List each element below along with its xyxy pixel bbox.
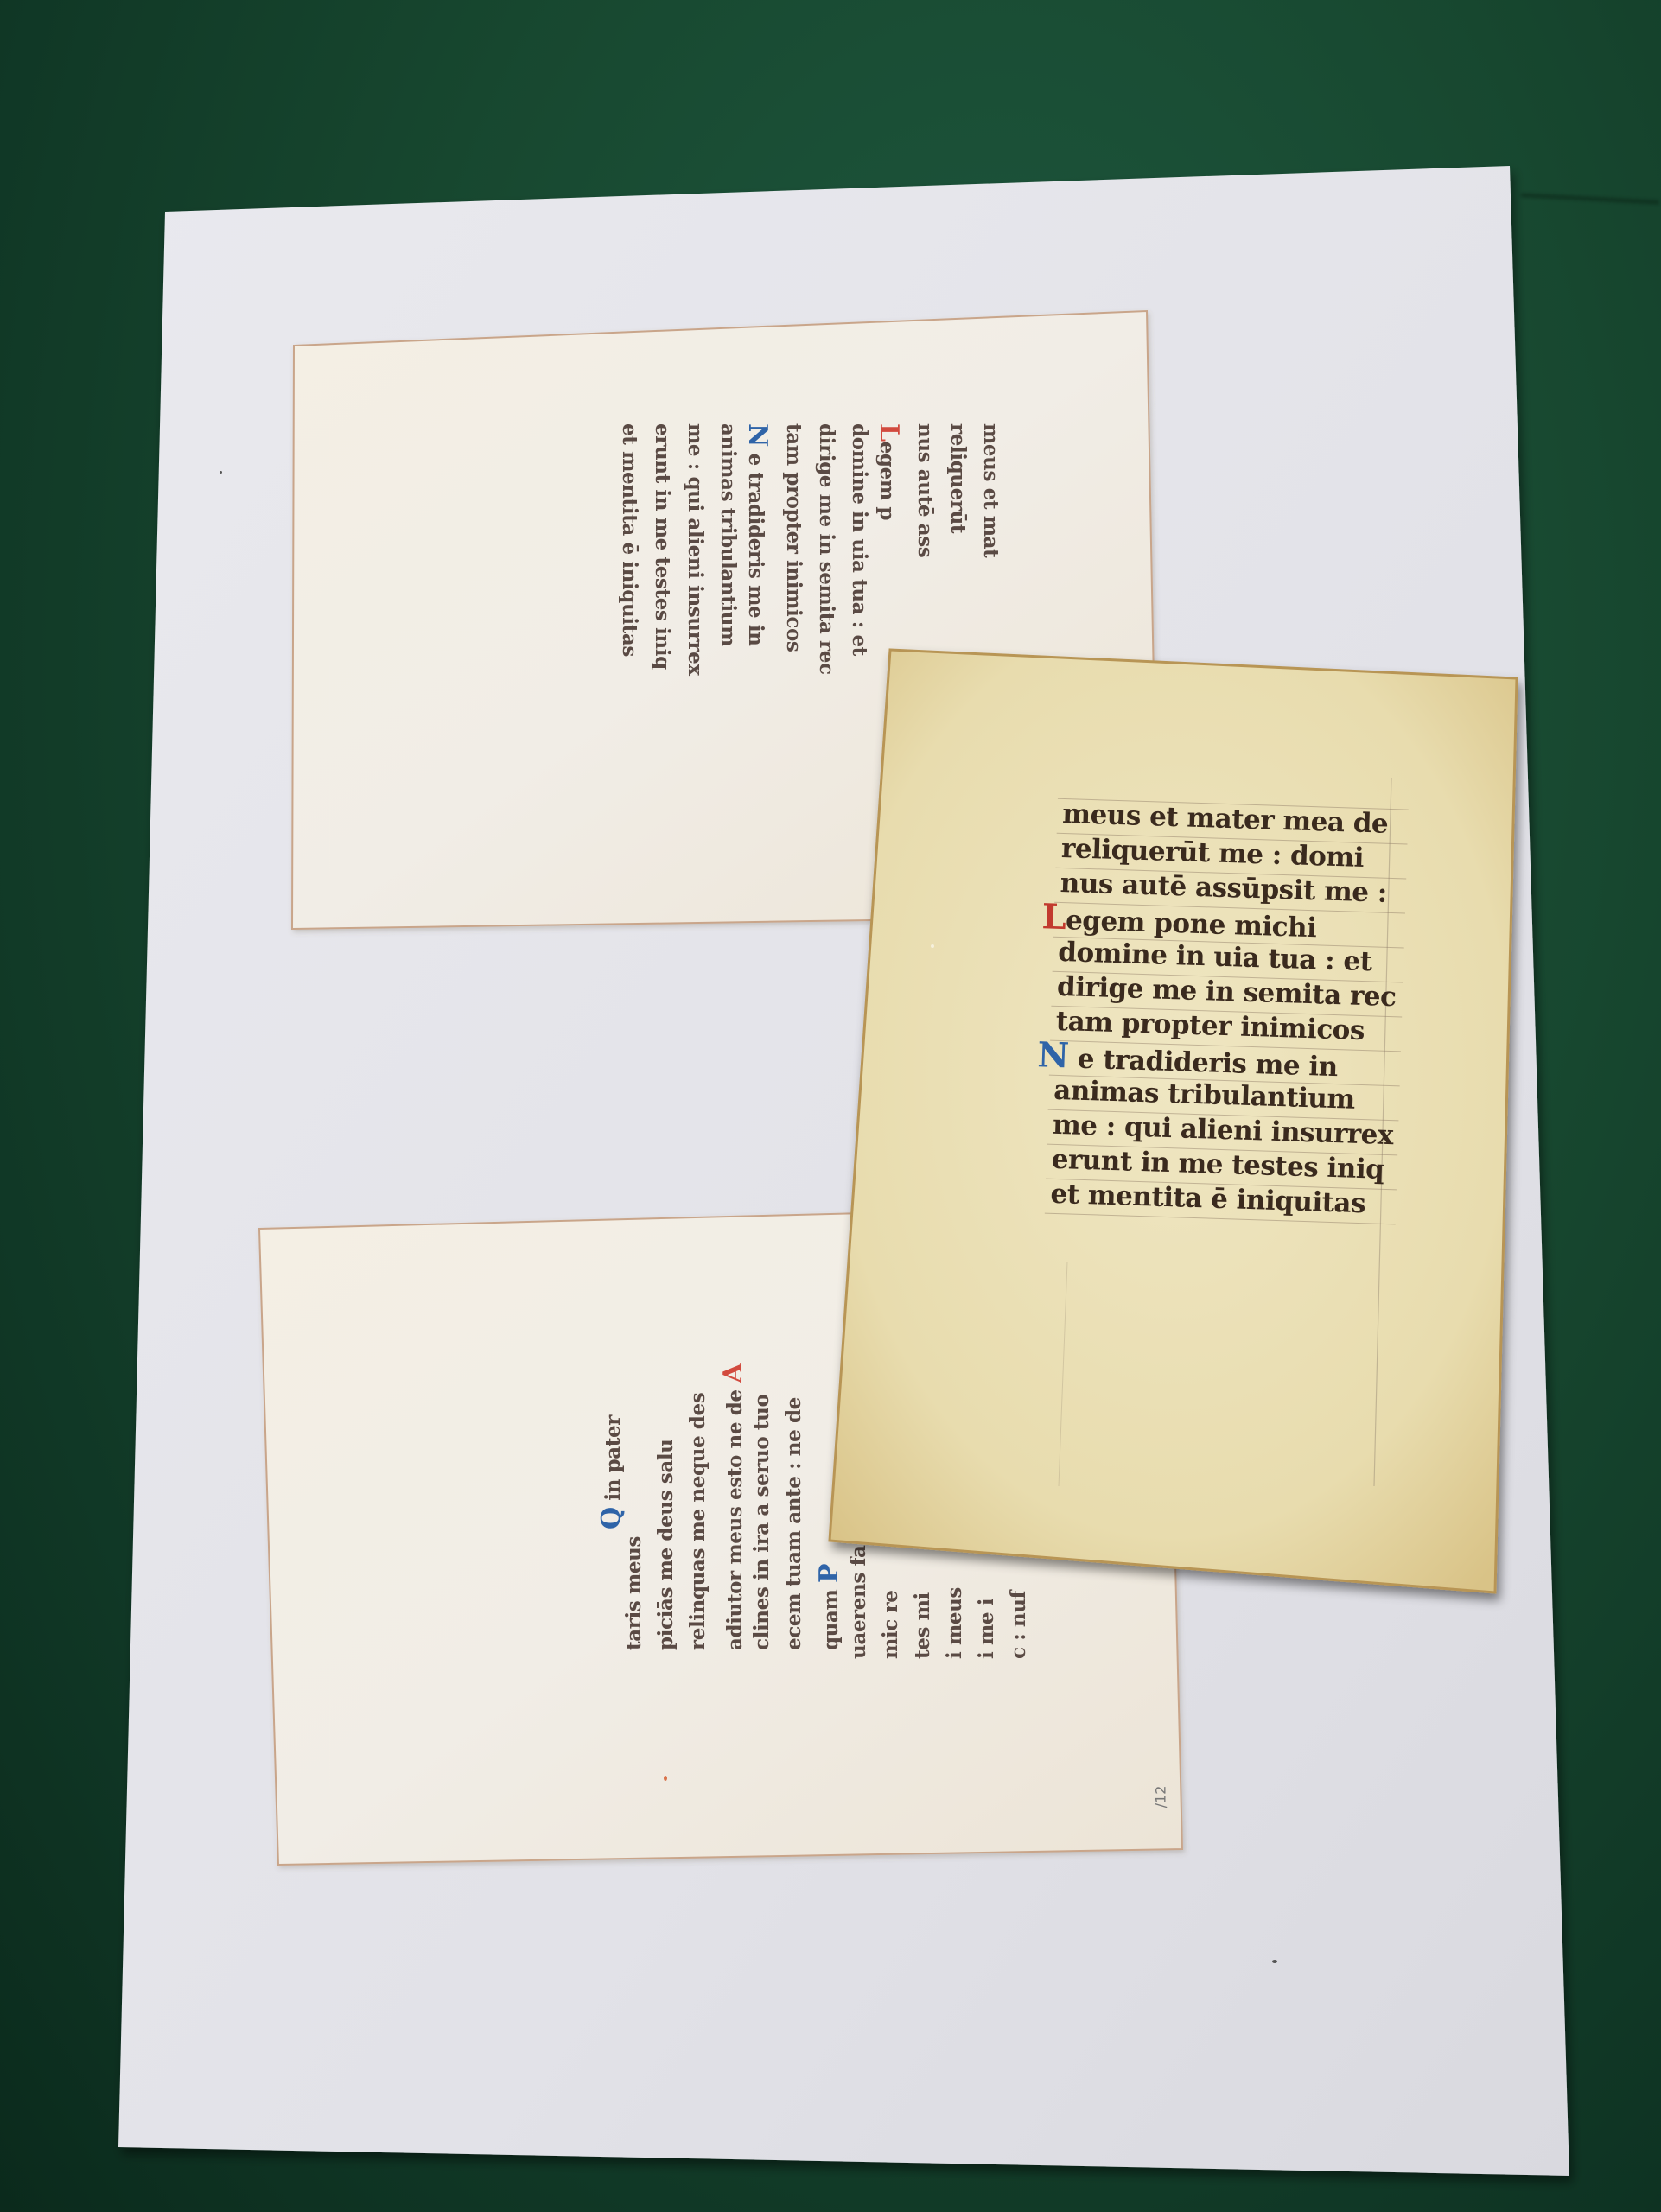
dust-speck	[664, 1776, 667, 1781]
dust-speck	[220, 471, 222, 474]
lower-copy-line: taris meus	[925, 1433, 948, 1547]
lower-copy-line: Q in pater	[596, 1415, 627, 1529]
red-initial: A	[718, 1363, 748, 1383]
upper-copy-line: erunt in me testes iniq	[651, 423, 674, 670]
red-initial: L	[874, 423, 904, 442]
upper-copy-line: domine in uia tua : et	[848, 423, 871, 656]
upper-copy-line: dirige me in semita rec	[815, 423, 838, 675]
upper-copy-line: reliquerūt	[946, 423, 970, 533]
lower-copy-line: clines in ira a seruo tuo	[750, 1395, 773, 1650]
lower-copy-partial-line: tes mi	[911, 1592, 934, 1659]
lower-copy-line: quam P	[814, 1564, 844, 1650]
lower-copy-line: adiutor meus esto ne de A	[718, 1363, 748, 1650]
upper-copy: meus et mat reliquerūt nus autē ass Lege…	[605, 423, 1002, 821]
white-mount-board	[0, 0, 1661, 2212]
upper-copy-line: N e tradideris me in	[742, 423, 773, 646]
upper-copy-line: nus autē ass	[913, 423, 937, 557]
lower-copy-partial-line: uaerens fa	[847, 1546, 870, 1660]
upper-copy-line: Legem p	[874, 423, 904, 520]
lower-copy-partial-line: i me i	[975, 1599, 998, 1659]
lower-copy: taris meus Q in pater taris meus piciās …	[596, 1322, 968, 1668]
lower-copy-partial-line: i meus	[943, 1587, 966, 1659]
upper-copy-line: me : qui alieni insurrex	[684, 423, 707, 676]
pencil-folio-note: /12	[1152, 1786, 1168, 1808]
dust-speck	[1272, 1960, 1277, 1963]
lower-copy-partial-line: c : nuf	[1007, 1591, 1030, 1659]
blue-initial: Q	[596, 1507, 627, 1529]
blue-initial: N	[742, 423, 773, 447]
lower-copy-line: relinquas me neque des	[686, 1393, 710, 1650]
blue-initial: P	[814, 1564, 844, 1583]
lower-copy-line: piciās me deus salu	[654, 1439, 678, 1650]
lower-copy-line: taris meus	[622, 1536, 646, 1650]
parchment-text-block: meus et mater mea de reliquerūt me : dom…	[1049, 797, 1391, 1239]
upper-copy-line: meus et mat	[979, 423, 1002, 557]
lower-copy-line: ecem tuam ante : ne de	[782, 1397, 805, 1650]
upper-copy-line: et mentita ē iniquitas	[618, 423, 641, 657]
dust-speck	[931, 944, 934, 948]
upper-copy-line: tam propter inimicos	[782, 423, 805, 652]
lower-copy-partial-line: mic re	[879, 1591, 902, 1659]
upper-copy-line: animas tribulantium	[716, 423, 740, 646]
